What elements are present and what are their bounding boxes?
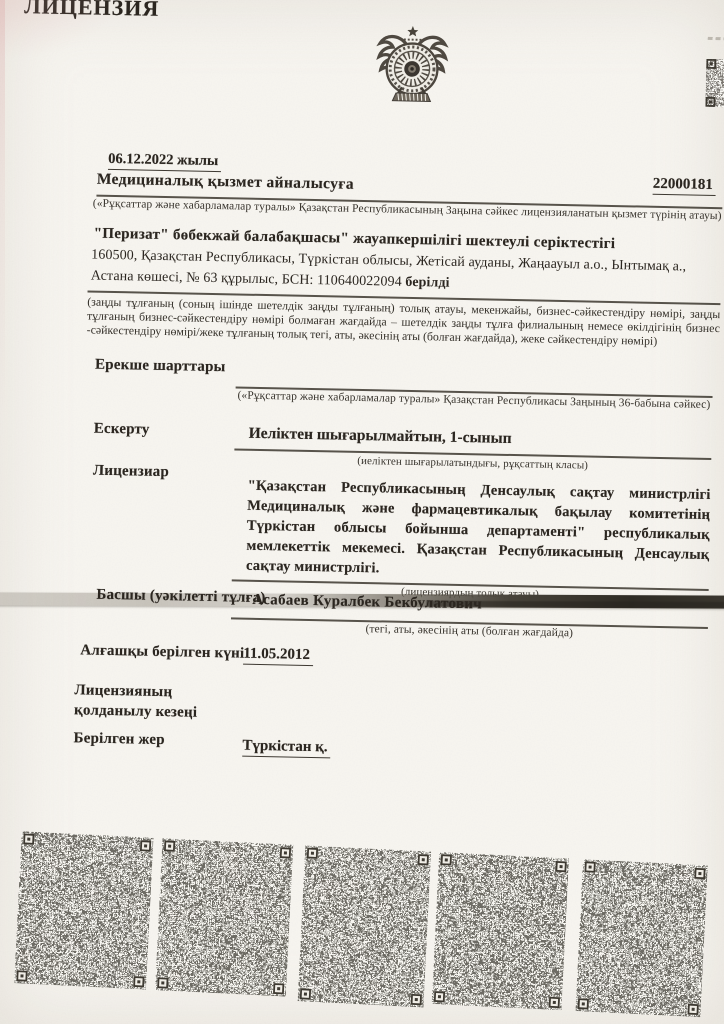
note-label: Ескерту bbox=[94, 421, 150, 439]
barcode-noise-block bbox=[575, 859, 707, 1017]
barcode-noise-block bbox=[298, 845, 431, 1003]
license-number: 22000181 bbox=[653, 176, 716, 196]
scan-artifact-marks bbox=[708, 37, 724, 40]
licensee-address-2: Астана көшесі, № 63 құрылыс, БСН: 110640… bbox=[91, 269, 450, 292]
special-conditions-label: Ерекше шарттары bbox=[95, 357, 226, 377]
barcode-noise-block bbox=[155, 838, 293, 996]
issued-word: берілді bbox=[405, 275, 450, 291]
validity-label: Лицензияның қолданылу кезеңі bbox=[74, 681, 233, 723]
first-issued-label: Алғашқы берілген күні bbox=[80, 642, 244, 662]
license-number-text: 22000181 bbox=[653, 176, 716, 196]
barcode-noise-block bbox=[432, 852, 569, 1010]
head-label: Басшы (уәкілетті тұлға) bbox=[96, 587, 265, 607]
first-issued-value-text: 11.05.2012 bbox=[243, 646, 313, 666]
issue-place-label: Берілген жер bbox=[73, 730, 165, 749]
barcode-row bbox=[14, 831, 713, 1023]
scanner-corner-artifact bbox=[0, 0, 120, 60]
scan-content: ЛИЦЕНЗИЯ 06.12.2022 жылы Медициналық қыз… bbox=[0, 0, 724, 1024]
issue-place-value: Түркістан қ. bbox=[242, 738, 331, 759]
special-conditions-caption: («Рұқсаттар және хабарламалар туралы» Қа… bbox=[235, 389, 712, 412]
issue-date-text: 06.12.2022 жылы bbox=[108, 151, 222, 172]
activity-line: Медициналық қызмет айналысуға bbox=[97, 171, 355, 194]
scanner-edge-artifact bbox=[0, 0, 5, 420]
licensee-address-2-text: Астана көшесі, № 63 құрылыс, БСН: 110640… bbox=[91, 269, 402, 290]
scanned-license-page: ЛИЦЕНЗИЯ 06.12.2022 жылы Медициналық қыз… bbox=[0, 0, 724, 1024]
licensor-label: Лицензиар bbox=[93, 463, 169, 482]
note-value: Иеліктен шығарылмайтын, 1-сынып bbox=[249, 425, 512, 448]
head-caption: (тегі, аты, әкесінің аты (болған жағдайд… bbox=[231, 620, 708, 643]
qr-code-icon bbox=[705, 59, 724, 107]
barcode-noise-block bbox=[14, 831, 153, 989]
head-name: Асабаев Куралбек Бекбулатович bbox=[252, 592, 482, 614]
issue-date: 06.12.2022 жылы bbox=[108, 151, 222, 172]
licensor-value: "Қазақстан Республикасының Денсаулық сақ… bbox=[246, 476, 711, 585]
kazakhstan-emblem-icon bbox=[372, 24, 452, 112]
first-issued-value: 11.05.2012 bbox=[243, 646, 313, 666]
issue-place-value-text: Түркістан қ. bbox=[242, 738, 331, 759]
